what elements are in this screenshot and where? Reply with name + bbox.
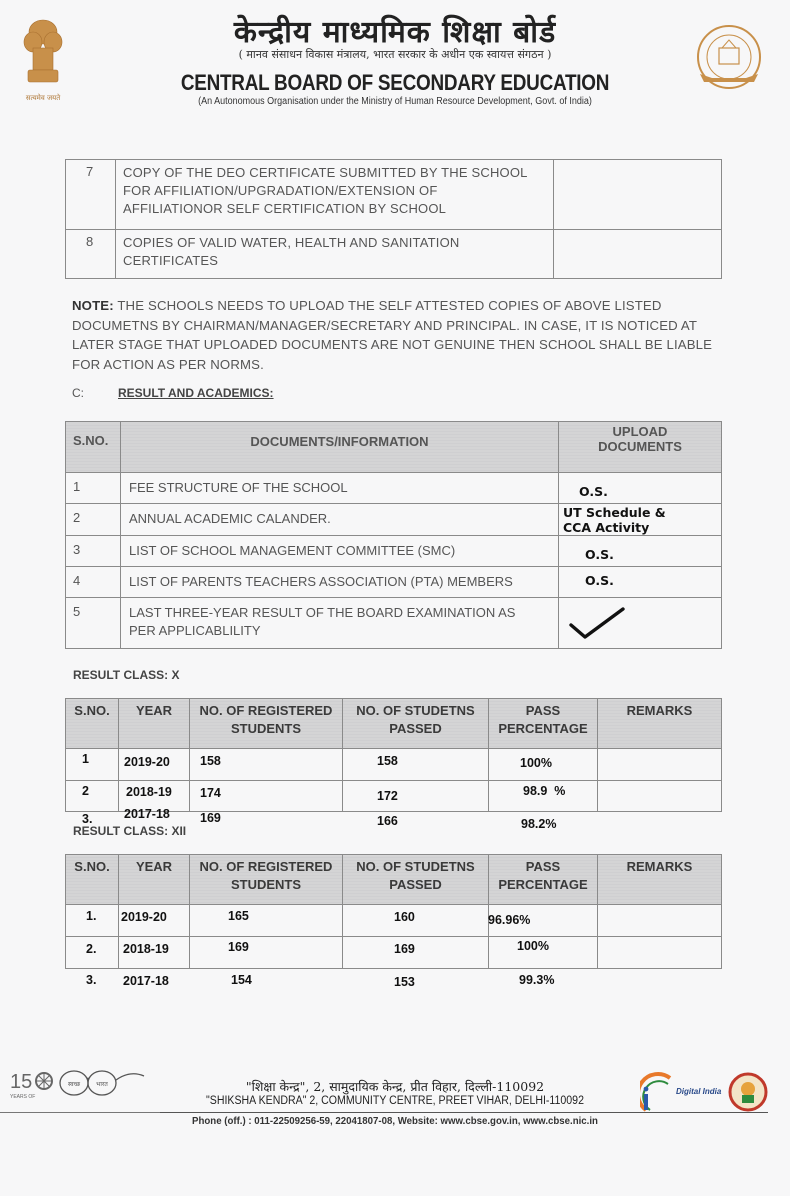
xii-row3-registered: 154	[231, 973, 252, 987]
xii-row3-year: 2017-18	[123, 974, 169, 988]
row-sno: 5	[66, 598, 121, 649]
x-row3-year: 2017-18	[124, 807, 170, 821]
note-text: THE SCHOOLS NEEDS TO UPLOAD THE SELF ATT…	[72, 298, 712, 372]
x-row1-year: 2019-20	[124, 755, 170, 769]
xii-row1-registered: 165	[228, 909, 249, 923]
header-percentage: PASSPERCENTAGE	[489, 855, 598, 905]
document-page: सत्यमेव जयते केन्द्रीय माध्यमिक शिक्षा ब…	[0, 0, 790, 1196]
x-row3-percentage: 98.2%	[521, 817, 556, 831]
remarks-cell[interactable]	[598, 905, 722, 937]
table-row: 7 COPY OF THE DEO CERTIFICATE SUBMITTED …	[66, 160, 722, 230]
table-row: 5 LAST THREE-YEAR RESULT OF THE BOARD EX…	[66, 598, 722, 649]
x-row1-percentage: 100%	[520, 756, 552, 770]
header-remarks: REMARKS	[598, 855, 722, 905]
x-row2-year: 2018-19	[126, 785, 172, 799]
header-percentage: PASSPERCENTAGE	[489, 699, 598, 749]
upload-status: UT Schedule & CCA Activity	[563, 505, 666, 535]
xii-row1-year: 2019-20	[121, 910, 167, 924]
remarks-cell[interactable]	[598, 781, 722, 812]
row-sno: 1	[66, 473, 121, 504]
row-sno: 4	[66, 567, 121, 598]
xii-row1-passed: 160	[394, 910, 415, 924]
header-upload: UPLOAD DOCUMENTS	[559, 422, 722, 473]
footer-contact: Phone (off.) : 011-22509256-59, 22041807…	[32, 1115, 759, 1127]
table-row: 1 FEE STRUCTURE OF THE SCHOOL O.S.	[66, 473, 722, 504]
remarks-cell[interactable]	[598, 937, 722, 969]
header-sno: S.NO.	[66, 699, 119, 749]
header-registered: NO. OF REGISTEREDSTUDENTS	[190, 699, 343, 749]
header-passed: NO. OF STUDETNSPASSED	[343, 699, 489, 749]
hindi-subtitle: ( मानव संसाधन विकास मंत्रालय, भारत सरकार…	[0, 47, 790, 62]
xii-row1-percentage: 96.96%	[488, 913, 530, 927]
xii-row2-sno: 2.	[86, 942, 96, 956]
table-header-row: S.NO. YEAR NO. OF REGISTEREDSTUDENTS NO.…	[66, 699, 722, 749]
upload-cell[interactable]: O.S.	[559, 567, 722, 598]
row-description: FEE STRUCTURE OF THE SCHOOL	[121, 473, 559, 504]
section-marker: C:	[72, 386, 84, 400]
header-documents: DOCUMENTS/INFORMATION	[121, 422, 559, 473]
result-academics-table: S.NO. DOCUMENTS/INFORMATION UPLOAD DOCUM…	[65, 421, 722, 649]
result-class-x-label: RESULT CLASS: X	[73, 668, 179, 682]
xii-row2-registered: 169	[228, 940, 249, 954]
x-row2-sno: 2	[82, 784, 89, 798]
result-class-xii-label: RESULT CLASS: XII	[73, 824, 186, 838]
xii-row3-passed: 153	[394, 975, 415, 989]
xii-row1-sno: 1.	[86, 909, 96, 923]
upload-cell[interactable]	[554, 230, 722, 279]
table-row: 8 COPIES OF VALID WATER, HEALTH AND SANI…	[66, 230, 722, 279]
upload-cell[interactable]	[559, 598, 722, 649]
note-label: NOTE:	[72, 298, 114, 313]
upload-cell[interactable]	[554, 160, 722, 230]
digital-india-icon: Digital India	[640, 1070, 722, 1112]
table-header-row: S.NO. YEAR NO. OF REGISTEREDSTUDENTS NO.…	[66, 855, 722, 905]
row-sno: 3	[66, 536, 121, 567]
table-row: 4 LIST OF PARENTS TEACHERS ASSOCIATION (…	[66, 567, 722, 598]
x-row1-registered: 158	[200, 754, 221, 768]
xii-row2-year: 2018-19	[123, 942, 169, 956]
row-description: ANNUAL ACADEMIC CALANDER.	[121, 504, 559, 536]
documents-table-continued: 7 COPY OF THE DEO CERTIFICATE SUBMITTED …	[65, 159, 722, 279]
upload-status: O.S.	[585, 547, 614, 562]
x-row3-passed: 166	[377, 814, 398, 828]
section-title: RESULT AND ACADEMICS:	[118, 386, 274, 400]
header-year: YEAR	[119, 855, 190, 905]
header-sno: S.NO.	[66, 422, 121, 473]
row-sno: 7	[66, 160, 116, 230]
x-row2-passed: 172	[377, 789, 398, 803]
row-sno: 8	[66, 230, 116, 279]
table-header-row: S.NO. DOCUMENTS/INFORMATION UPLOAD DOCUM…	[66, 422, 722, 473]
xii-row2-passed: 169	[394, 942, 415, 956]
checkmark-icon	[567, 603, 631, 643]
row-description: LAST THREE-YEAR RESULT OF THE BOARD EXAM…	[121, 598, 559, 649]
row-sno: 2	[66, 504, 121, 536]
upload-cell[interactable]: UT Schedule & CCA Activity	[559, 504, 722, 536]
footer-divider	[160, 1112, 768, 1113]
cbse-seal-icon	[694, 22, 764, 96]
row-description: COPY OF THE DEO CERTIFICATE SUBMITTED BY…	[116, 160, 554, 230]
upload-cell[interactable]: O.S.	[559, 536, 722, 567]
row-description: LIST OF SCHOOL MANAGEMENT COMMITTEE (SMC…	[121, 536, 559, 567]
xii-row3-sno: 3.	[86, 973, 96, 987]
mascot-seal-icon	[728, 1072, 768, 1112]
english-title: CENTRAL BOARD OF SECONDARY EDUCATION	[55, 70, 734, 96]
footer-divider-left	[0, 1112, 160, 1113]
upload-status: O.S.	[579, 484, 608, 499]
row-description: LIST OF PARENTS TEACHERS ASSOCIATION (PT…	[121, 567, 559, 598]
upload-cell[interactable]: O.S.	[559, 473, 722, 504]
note-paragraph: NOTE: THE SCHOOLS NEEDS TO UPLOAD THE SE…	[72, 296, 736, 374]
header-registered: NO. OF REGISTEREDSTUDENTS	[190, 855, 343, 905]
x-row2-percentage: 98.9 %	[523, 784, 565, 798]
header-passed: NO. OF STUDETNSPASSED	[343, 855, 489, 905]
header-sno: S.NO.	[66, 855, 119, 905]
svg-text:Digital India: Digital India	[676, 1087, 722, 1096]
row-description: COPIES OF VALID WATER, HEALTH AND SANITA…	[116, 230, 554, 279]
xii-row2-percentage: 100%	[517, 939, 549, 953]
remarks-cell[interactable]	[598, 749, 722, 781]
x-row2-registered: 174	[200, 786, 221, 800]
header-year: YEAR	[119, 699, 190, 749]
header-remarks: REMARKS	[598, 699, 722, 749]
x-row1-sno: 1	[82, 752, 89, 766]
english-subtitle: (An Autonomous Organisation under the Mi…	[40, 96, 751, 107]
table-row: 2 ANNUAL ACADEMIC CALANDER. UT Schedule …	[66, 504, 722, 536]
hindi-title: केन्द्रीय माध्यमिक शिक्षा बोर्ड	[0, 10, 790, 51]
table-row: 3 LIST OF SCHOOL MANAGEMENT COMMITTEE (S…	[66, 536, 722, 567]
xii-row3-percentage: 99.3%	[519, 973, 554, 987]
upload-status: O.S.	[585, 573, 614, 588]
x-row3-registered: 169	[200, 811, 221, 825]
x-row1-passed: 158	[377, 754, 398, 768]
